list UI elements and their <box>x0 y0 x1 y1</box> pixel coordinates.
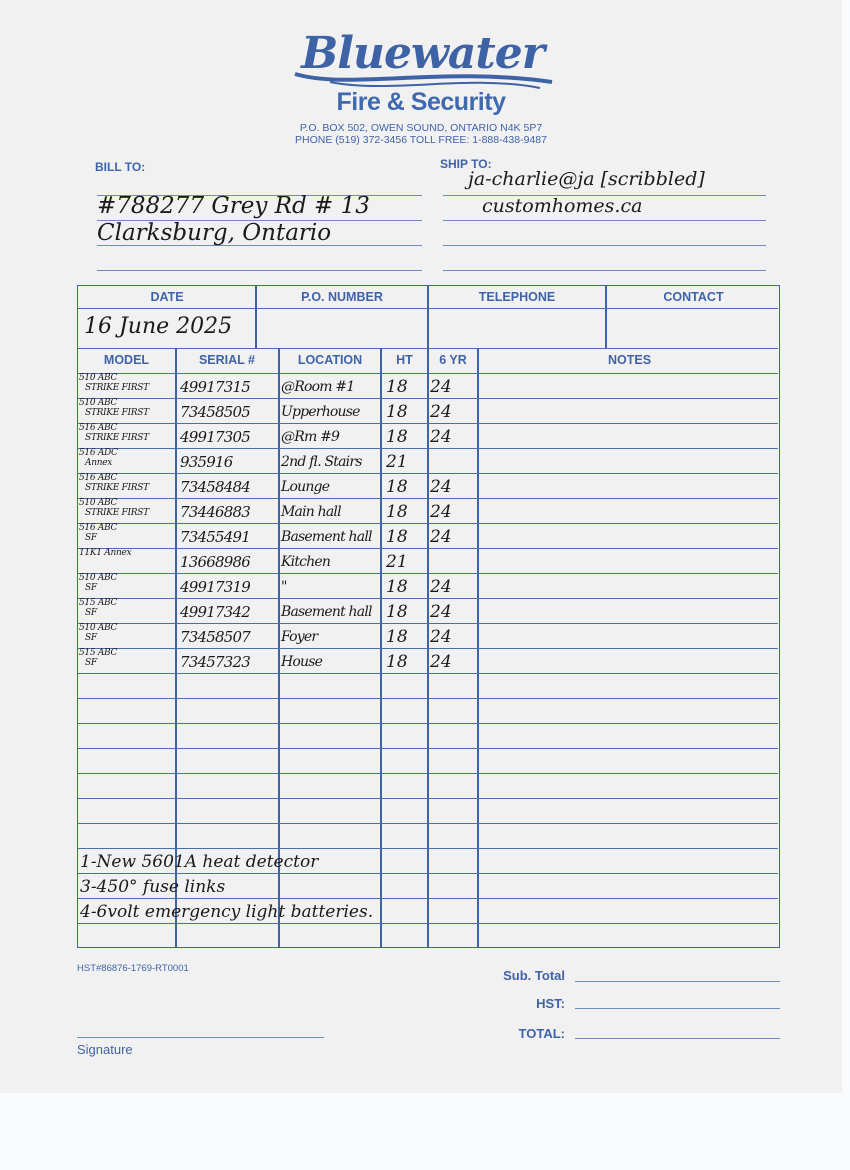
serial-cell[interactable]: 73457323 <box>180 648 280 673</box>
serial-cell[interactable]: 49917319 <box>180 573 280 598</box>
model-line-1: 515 ABC <box>79 598 175 608</box>
table-row[interactable]: 510 ABCSTRIKE FIRST73458505Upperhouse182… <box>78 398 778 423</box>
company-address: P.O. BOX 502, OWEN SOUND, ONTARIO N4K 5P… <box>0 122 842 134</box>
serial-cell[interactable]: 73455491 <box>180 523 280 548</box>
ht-cell[interactable]: 18 <box>386 648 430 673</box>
six-yr-cell[interactable]: 24 <box>430 498 478 523</box>
model-line-2: STRIKE FIRST <box>79 483 175 493</box>
signature-label: Signature <box>77 1042 133 1057</box>
model-cell[interactable]: 510 ABCSF <box>79 573 175 598</box>
table-row[interactable]: 516 ADCAnnex9359162nd fl. Stairs21 <box>78 448 778 473</box>
location-cell[interactable]: @Room #1 <box>281 373 381 398</box>
signature-line[interactable] <box>77 1037 324 1038</box>
serial-cell[interactable]: 13668986 <box>180 548 280 573</box>
row-divider <box>78 723 778 724</box>
date-header: DATE <box>78 286 256 308</box>
subtotal-field[interactable] <box>575 981 780 982</box>
model-line-2: Annex <box>79 458 175 468</box>
total-field[interactable] <box>575 1038 780 1039</box>
location-cell[interactable]: Basement hall <box>281 523 381 548</box>
invoice-table: DATE P.O. NUMBER TELEPHONE CONTACT 16 Ju… <box>77 285 780 948</box>
model-line-1: 516 ABC <box>79 523 175 533</box>
table-row[interactable]: 516 ABCSTRIKE FIRST73458484Lounge1824 <box>78 473 778 498</box>
model-line-2: SF <box>79 658 175 668</box>
six-yr-cell[interactable]: 24 <box>430 598 478 623</box>
ship-to-line-3 <box>443 245 766 246</box>
ship-to-line-4 <box>443 270 766 271</box>
table-row[interactable]: 11K1 Annex13668986Kitchen21 <box>78 548 778 573</box>
location-cell[interactable]: Basement hall <box>281 598 381 623</box>
model-line-1: 516 ABC <box>79 423 175 433</box>
location-cell[interactable]: Upperhouse <box>281 398 381 423</box>
ht-cell[interactable]: 18 <box>386 523 430 548</box>
model-cell[interactable]: 516 ABCSTRIKE FIRST <box>79 473 175 498</box>
location-cell[interactable]: Main hall <box>281 498 381 523</box>
row-divider <box>78 798 778 799</box>
serial-cell[interactable]: 73446883 <box>180 498 280 523</box>
free-text-line[interactable]: 4-6volt emergency light batteries. <box>80 898 373 923</box>
model-cell[interactable]: 510 ABCSTRIKE FIRST <box>79 498 175 523</box>
row-divider <box>78 673 778 674</box>
bill-to-address-line-2[interactable]: Clarksburg, Ontario <box>97 220 331 246</box>
model-line-1: 510 ABC <box>79 373 175 383</box>
model-line-2: SF <box>79 608 175 618</box>
hst-label: HST: <box>485 996 565 1011</box>
model-cell[interactable]: 510 ABCSTRIKE FIRST <box>79 398 175 423</box>
model-cell[interactable]: 516 ABCSF <box>79 523 175 548</box>
po-number-header: P.O. NUMBER <box>256 286 428 308</box>
ht-header: HT <box>381 349 428 371</box>
serial-cell[interactable]: 73458484 <box>180 473 280 498</box>
location-cell[interactable]: Foyer <box>281 623 381 648</box>
model-cell[interactable]: 515 ABCSF <box>79 648 175 673</box>
model-cell[interactable]: 516 ABCSTRIKE FIRST <box>79 423 175 448</box>
location-cell[interactable]: Kitchen <box>281 548 381 573</box>
serial-cell[interactable]: 49917315 <box>180 373 280 398</box>
model-cell[interactable]: 11K1 Annex <box>79 548 175 573</box>
ht-cell[interactable]: 21 <box>386 548 430 573</box>
company-name: Fire & Security <box>0 88 842 117</box>
divider <box>605 286 607 348</box>
ht-cell[interactable]: 18 <box>386 473 430 498</box>
ht-cell[interactable]: 18 <box>386 423 430 448</box>
company-phone: PHONE (519) 372-3456 TOLL FREE: 1-888-43… <box>0 134 842 146</box>
row-divider <box>78 748 778 749</box>
serial-cell[interactable]: 49917342 <box>180 598 280 623</box>
six-yr-header: 6 YR <box>428 349 478 371</box>
table-row[interactable]: 515 ABCSF49917342Basement hall1824 <box>78 598 778 623</box>
ht-cell[interactable]: 18 <box>386 373 430 398</box>
model-cell[interactable]: 515 ABCSF <box>79 598 175 623</box>
total-label: TOTAL: <box>485 1026 565 1041</box>
six-yr-cell[interactable]: 24 <box>430 623 478 648</box>
row-divider <box>78 923 778 924</box>
serial-cell[interactable]: 49917305 <box>180 423 280 448</box>
six-yr-cell[interactable]: 24 <box>430 573 478 598</box>
six-yr-cell[interactable]: 24 <box>430 648 478 673</box>
six-yr-cell[interactable]: 24 <box>430 373 478 398</box>
six-yr-cell[interactable]: 24 <box>430 523 478 548</box>
ship-to-line-1-text[interactable]: ja-charlie@ja [scribbled] <box>468 168 705 190</box>
row-divider <box>78 823 778 824</box>
serial-cell[interactable]: 73458505 <box>180 398 280 423</box>
serial-cell[interactable]: 73458507 <box>180 623 280 648</box>
serial-cell[interactable]: 935916 <box>180 448 280 473</box>
model-line-2: SF <box>79 533 175 543</box>
model-line-1: 510 ABC <box>79 398 175 408</box>
wave-icon <box>290 68 555 90</box>
notes-header: NOTES <box>478 349 781 371</box>
invoice-paper: Bluewater Fire & Security P.O. BOX 502, … <box>0 0 842 1093</box>
six-yr-cell[interactable] <box>430 448 478 473</box>
ht-cell[interactable]: 18 <box>386 623 430 648</box>
ht-cell[interactable]: 18 <box>386 498 430 523</box>
location-cell[interactable]: Lounge <box>281 473 381 498</box>
model-line-1: 510 ABC <box>79 623 175 633</box>
contact-header: CONTACT <box>606 286 781 308</box>
model-line-1: 11K1 Annex <box>79 548 175 558</box>
table-row[interactable]: 510 ABCSTRIKE FIRST73446883Main hall1824 <box>78 498 778 523</box>
model-line-2: STRIKE FIRST <box>79 408 175 418</box>
model-line-2: STRIKE FIRST <box>79 508 175 518</box>
model-line-1: 510 ABC <box>79 573 175 583</box>
model-line-1: 516 ADC <box>79 448 175 458</box>
hst-field[interactable] <box>575 1008 780 1009</box>
bill-to-line-4 <box>97 270 422 271</box>
table-row[interactable]: 510 ABCSF49917319"1824 <box>78 573 778 598</box>
free-text-line[interactable]: 1-New 5601A heat detector <box>80 848 318 873</box>
free-text-line[interactable]: 3-450° fuse links <box>80 873 225 898</box>
divider <box>255 286 257 348</box>
ht-cell[interactable]: 18 <box>386 398 430 423</box>
bill-to-label: BILL TO: <box>95 160 145 174</box>
model-cell[interactable]: 516 ADCAnnex <box>79 448 175 473</box>
bill-to-address-line-1[interactable]: #788277 Grey Rd # 13 <box>97 193 370 219</box>
location-cell[interactable]: 2nd fl. Stairs <box>281 448 381 473</box>
model-cell[interactable]: 510 ABCSF <box>79 623 175 648</box>
subtotal-label: Sub. Total <box>485 968 565 983</box>
location-header: LOCATION <box>279 349 381 371</box>
six-yr-cell[interactable]: 24 <box>430 473 478 498</box>
hst-number: HST#86876-1769-RT0001 <box>77 963 189 974</box>
six-yr-cell[interactable] <box>430 548 478 573</box>
model-line-2: SF <box>79 583 175 593</box>
divider <box>427 286 429 348</box>
six-yr-cell[interactable]: 24 <box>430 398 478 423</box>
table-row[interactable]: 510 ABCSF73458507Foyer1824 <box>78 623 778 648</box>
six-yr-cell[interactable]: 24 <box>430 423 478 448</box>
location-cell[interactable]: @Rm #9 <box>281 423 381 448</box>
model-line-2: SF <box>79 633 175 643</box>
table-row[interactable]: 515 ABCSF73457323House1824 <box>78 648 778 673</box>
table-row[interactable]: 516 ABCSTRIKE FIRST49917305@Rm #91824 <box>78 423 778 448</box>
model-header: MODEL <box>78 349 175 371</box>
row-divider <box>78 698 778 699</box>
model-line-2: STRIKE FIRST <box>79 383 175 393</box>
ht-cell[interactable]: 21 <box>386 448 430 473</box>
model-line-1: 510 ABC <box>79 498 175 508</box>
ht-cell[interactable]: 18 <box>386 598 430 623</box>
table-row[interactable]: 510 ABCSTRIKE FIRST49917315@Room #11824 <box>78 373 778 398</box>
telephone-header: TELEPHONE <box>428 286 606 308</box>
company-logo: Bluewater <box>290 30 555 90</box>
location-cell[interactable]: " <box>281 573 381 598</box>
ship-to-line-2-text[interactable]: customhomes.ca <box>482 195 642 217</box>
model-cell[interactable]: 510 ABCSTRIKE FIRST <box>79 373 175 398</box>
table-row[interactable]: 516 ABCSF73455491Basement hall1824 <box>78 523 778 548</box>
model-line-1: 516 ABC <box>79 473 175 483</box>
ship-to-line-2 <box>443 220 766 221</box>
location-cell[interactable]: House <box>281 648 381 673</box>
model-line-1: 515 ABC <box>79 648 175 658</box>
ht-cell[interactable]: 18 <box>386 573 430 598</box>
date-value[interactable]: 16 June 2025 <box>84 314 232 339</box>
serial-header: SERIAL # <box>175 349 279 371</box>
model-line-2: STRIKE FIRST <box>79 433 175 443</box>
row-divider <box>78 773 778 774</box>
